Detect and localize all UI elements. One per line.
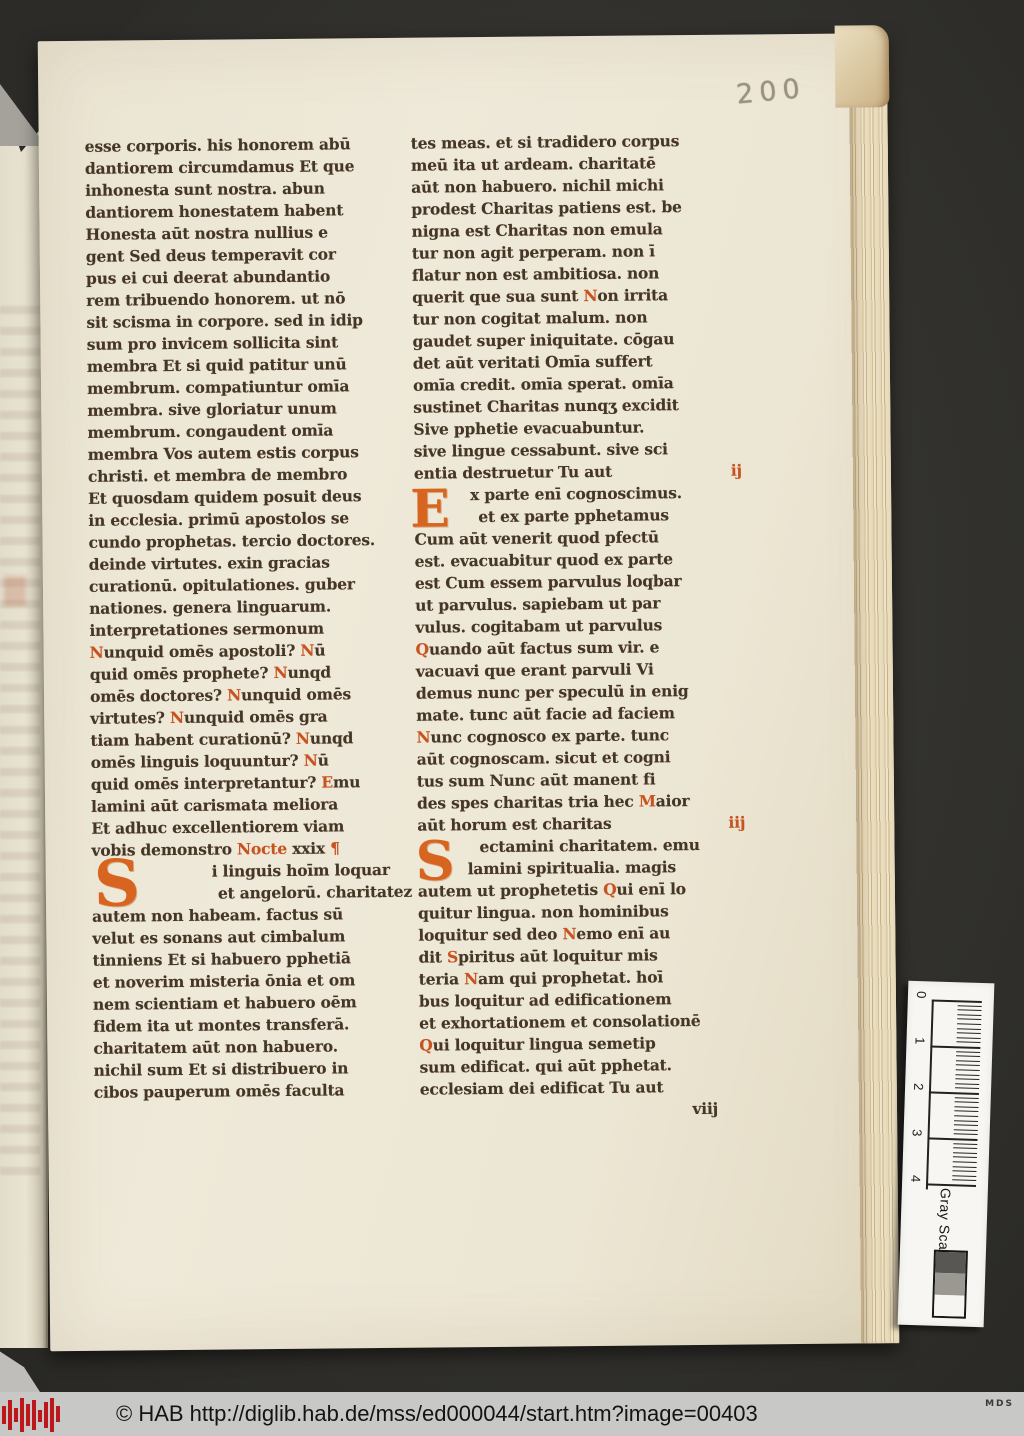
ruler-tick-minor — [954, 1134, 978, 1136]
manuscript-line: ut parvulus. sapiebam ut par — [415, 593, 747, 618]
manuscript-line: lamini aūt carismata meliora — [91, 794, 411, 819]
ruler-tick-minor — [952, 1180, 976, 1182]
ruler-tick-minor — [955, 1101, 979, 1103]
registration-bar — [26, 1404, 30, 1426]
manuscript-line: est. evacuabitur quod ex parte — [415, 549, 747, 574]
drop-cap-initial: E — [410, 483, 450, 535]
facing-page-showthrough-text — [0, 306, 40, 1176]
manuscript-line: inhonesta sunt nostra. abun — [85, 178, 405, 203]
ruler-tick-minor — [953, 1143, 977, 1145]
ruler-tick-minor — [956, 1060, 980, 1062]
registration-bar — [38, 1410, 42, 1422]
manuscript-line: et ex parte pphetamus — [414, 505, 746, 530]
manuscript-line: membrum. congaudent omīa — [87, 420, 407, 445]
manuscript-line: meū ita ut ardeam. charitatē — [411, 153, 743, 178]
manuscript-line: sum edificat. qui aūt pphetat. — [420, 1054, 752, 1079]
manuscript-line: mate. tunc aūt facie ad faciem — [416, 703, 748, 728]
manuscript-line: ijentia destruetur Tu aut — [414, 461, 746, 486]
cradle-edge-bottom — [0, 1346, 40, 1392]
manuscript-line: det aūt veritati Omīa suffert — [413, 351, 745, 376]
manuscript-line: interpretationes sermonum — [89, 618, 409, 643]
manuscript-line: des spes charitas tria hec Maior — [417, 790, 749, 815]
manuscript-line: esse corporis. his honorem abū — [85, 134, 405, 159]
registration-bar — [56, 1406, 60, 1422]
manuscript-line: Nunc cognosco ex parte. tunc — [416, 725, 748, 750]
manuscript-page: 200 S esse corporis. his honorem abūdant… — [38, 33, 900, 1351]
registration-bar — [44, 1402, 48, 1428]
manuscript-line: Et quosdam quidem posuit deus — [88, 486, 408, 511]
ruler-tick-minor — [952, 1175, 976, 1177]
ruler-tick-major — [932, 999, 982, 1003]
manuscript-line: velut es sonans aut cimbalum — [92, 926, 412, 951]
color-registration-marks — [2, 1394, 60, 1432]
manuscript-line: Et adhuc excellentiorem viam — [91, 816, 411, 841]
ruler-tick-minor — [954, 1106, 978, 1108]
registration-bar — [14, 1408, 18, 1422]
manuscript-line: nationes. genera linguarum. — [89, 596, 409, 621]
manuscript-line: sit scisma in corpore. sed in idip — [86, 310, 406, 335]
folio-number: 200 — [735, 73, 807, 111]
manuscript-line: cibos pauperum omēs faculta — [94, 1080, 414, 1105]
manuscript-line: vulus. cogitabam ut parvulus — [415, 615, 747, 640]
manuscript-line: gaudet super iniquitate. cōgau — [413, 329, 745, 354]
manuscript-line: est Cum essem parvulus loqbar — [415, 571, 747, 596]
manuscript-line: fidem ita ut montes transferā. — [93, 1014, 413, 1039]
ruler-baseline — [926, 999, 934, 1189]
drop-cap-initial: S — [415, 833, 455, 887]
ruler-tick-minor — [957, 1023, 981, 1025]
manuscript-line: x parte enī cognoscimus. — [414, 483, 746, 508]
manuscript-line: sustinet Charitas nunqʒ excidit — [413, 395, 745, 420]
ruler-tick-label: 0 — [914, 991, 929, 999]
manuscript-line: in ecclesia. primū apostolos se — [88, 508, 408, 533]
ruler-tick-label: 4 — [908, 1175, 923, 1183]
ruler-tick-major — [927, 1137, 977, 1141]
manuscript-line: curationū. opitulationes. guber — [89, 574, 409, 599]
manuscript-line: sum pro invicem sollicita sint — [87, 332, 407, 357]
ruler-tick-minor — [953, 1152, 977, 1154]
manuscript-line: et exhortationem et consolationē — [419, 1010, 751, 1035]
ruler-tick-minor — [956, 1051, 980, 1053]
manuscript-line: christi. et membra de membro — [88, 464, 408, 489]
manuscript-line: sive lingue cessabunt. sive sci — [414, 439, 746, 464]
ruler-tick-minor — [958, 1009, 982, 1011]
manuscript-line: aūt non habuero. nichil michi — [411, 175, 743, 200]
ruler-tick-minor — [957, 1032, 981, 1034]
ruler-tick-minor — [955, 1083, 979, 1085]
manuscript-line: Honesta aūt nostra nullius e — [85, 222, 405, 247]
ruler-tick-minor — [956, 1069, 980, 1071]
manuscript-line: deinde virtutes. exin gracias — [89, 552, 409, 577]
manuscript-line: tus sum Nunc aūt manent fi — [417, 768, 749, 793]
gray-scale-card: 01234 Gray Scale — [898, 981, 995, 1328]
ruler-tick-major — [926, 1183, 976, 1187]
manuscript-line: dantiorem circumdamus Et que — [85, 156, 405, 181]
manuscript-line: virtutes? Nunquid omēs gra — [90, 706, 410, 731]
swatch-white — [934, 1294, 965, 1316]
manuscript-line: Qui loquitur lingua semetip — [419, 1032, 751, 1057]
ruler-tick-minor — [953, 1161, 977, 1163]
manuscript-line: ectamini charitatem. emu — [417, 834, 749, 859]
ruler-tick-minor — [955, 1088, 979, 1090]
manuscript-line: quid omēs interpretantur? Emu — [91, 772, 411, 797]
ruler-tick-minor — [953, 1166, 977, 1168]
facing-page-rubric-showthrough — [4, 576, 26, 606]
swatch-dark-gray — [935, 1252, 966, 1274]
manuscript-line: autem ut prophetetis Qui enī lo — [418, 878, 750, 903]
registration-bar — [20, 1398, 24, 1432]
ruler-tick-minor — [954, 1111, 978, 1113]
manuscript-line: tur non cogitat malum. non — [412, 307, 744, 332]
ruler-tick-minor — [955, 1078, 979, 1080]
manuscript-line: tiam habent curationū? Nunqd — [90, 728, 410, 753]
book-fore-edge — [849, 33, 900, 1343]
gray-scale-ruler: 01234 — [926, 999, 988, 1191]
ruler-tick-minor — [955, 1097, 979, 1099]
manuscript-line: nichil sum Et si distribuero in — [94, 1058, 414, 1083]
ruler-tick-minor — [954, 1129, 978, 1131]
manuscript-line: membra Et si quid patitur unū — [87, 354, 407, 379]
manuscript-line: flatur non est ambitiosa. non — [412, 263, 744, 288]
ruler-tick-minor — [957, 1042, 981, 1044]
ruler-tick-minor — [953, 1147, 977, 1149]
manuscript-line: querit que sua sunt Non irrita — [412, 285, 744, 310]
manuscript-line: pus ei cui deerat abundantio — [86, 266, 406, 291]
ruler-tick-label: 2 — [911, 1083, 926, 1091]
manuscript-line: quid omēs prophete? Nunqd — [90, 662, 410, 687]
manuscript-line: aūt cognoscam. sicut et cogni — [417, 746, 749, 771]
ruler-tick-minor — [954, 1124, 978, 1126]
manuscript-line: dantiorem honestatem habent — [85, 200, 405, 225]
manuscript-line: tes meas. et si tradidero corpus — [411, 131, 743, 156]
manuscript-line: membrum. compatiuntur omīa — [87, 376, 407, 401]
manuscript-line: nigna est Charitas non emula — [411, 219, 743, 244]
registration-bar — [8, 1400, 12, 1430]
text-column-right: E S tes meas. et si tradidero corpusmeū … — [411, 131, 752, 1124]
page-corner-leaves — [835, 25, 890, 108]
manuscript-line: iijaūt horum est charitas — [417, 812, 749, 837]
manuscript-line: vacuavi que erant parvuli Vi — [416, 659, 748, 684]
ruler-tick-minor — [954, 1115, 978, 1117]
gray-scale-swatches — [932, 1250, 968, 1319]
manuscript-line: omēs linguis loquuntur? Nū — [91, 750, 411, 775]
ruler-tick-minor — [954, 1120, 978, 1122]
manuscript-line: nem scientiam et habuero oēm — [93, 992, 413, 1017]
ruler-tick-minor — [952, 1170, 976, 1172]
registration-bar — [2, 1406, 6, 1424]
manuscript-line: Cum aūt venerit quod pfectū — [414, 527, 746, 552]
manuscript-line: et noverim misteria ōnia et om — [93, 970, 413, 995]
manuscript-line: Sive pphetie evacuabuntur. — [413, 417, 745, 442]
ruler-tick-minor — [953, 1157, 977, 1159]
manuscript-line: bus loquitur ad edificationem — [419, 988, 751, 1013]
manuscript-line: charitatem aūt non habuero. — [93, 1036, 413, 1061]
image-caption: © HAB http://diglib.hab.de/mss/ed000044/… — [116, 1401, 758, 1427]
manuscript-line: tur non agit perperam. non ī — [412, 241, 744, 266]
manuscript-line: membra. sive gloriatur unum — [87, 398, 407, 423]
ruler-tick-major — [930, 1045, 980, 1049]
manuscript-line: lamini spiritualia. magis — [418, 856, 750, 881]
text-column-left: S esse corporis. his honorem abūdantiore… — [85, 134, 414, 1105]
manuscript-line: teria Nam qui prophetat. hoī — [419, 966, 751, 991]
ruler-tick-minor — [957, 1014, 981, 1016]
manuscript-line: cundo prophetas. tercio doctores. — [88, 530, 408, 555]
manuscript-line: omēs doctores? Nunquid omēs — [90, 684, 410, 709]
manuscript-line: tinniens Et si habuero pphetiā — [92, 948, 412, 973]
manuscript-line: omīa credit. omīa sperat. omīa — [413, 373, 745, 398]
ruler-tick-major — [929, 1091, 979, 1095]
ruler-tick-label: 1 — [912, 1037, 927, 1045]
manuscript-line: Nunquid omēs apostoli? Nū — [90, 640, 410, 665]
ruler-tick-label: 3 — [910, 1129, 925, 1137]
ruler-tick-minor — [955, 1074, 979, 1076]
manuscript-line: quitur lingua. non hominibus — [418, 900, 750, 925]
manuscript-line: prodest Charitas patiens est. be — [411, 197, 743, 222]
ruler-tick-minor — [956, 1055, 980, 1057]
drop-cap-initial: S — [94, 852, 141, 916]
ruler-tick-minor — [957, 1037, 981, 1039]
manuscript-line: loquitur sed deo Nemo enī au — [418, 922, 750, 947]
manuscript-line: membra Vos autem estis corpus — [88, 442, 408, 467]
ruler-tick-minor — [956, 1065, 980, 1067]
manuscript-line: gent Sed deus temperavit cor — [86, 244, 406, 269]
manuscript-line: demus nunc per speculū in enig — [416, 681, 748, 706]
watermark-text: MDS — [985, 1399, 1014, 1409]
manuscript-line: dit Spiritus aūt loquitur mis — [418, 944, 750, 969]
manuscript-photo: 200 S esse corporis. his honorem abūdant… — [0, 0, 1024, 1436]
ruler-tick-minor — [958, 1005, 982, 1007]
manuscript-line: Quando aūt factus sum vir. e — [415, 637, 747, 662]
manuscript-line: ecclesiam dei edificat Tu aut — [420, 1076, 752, 1101]
swatch-mid-gray — [935, 1273, 966, 1295]
caption-bar: © HAB http://diglib.hab.de/mss/ed000044/… — [0, 1392, 1024, 1436]
manuscript-line: viij — [420, 1098, 752, 1123]
ruler-tick-minor — [957, 1019, 981, 1021]
registration-bar — [32, 1400, 36, 1430]
ruler-tick-minor — [957, 1028, 981, 1030]
manuscript-line: rem tribuendo honorem. ut nō — [86, 288, 406, 313]
registration-bar — [50, 1398, 54, 1432]
